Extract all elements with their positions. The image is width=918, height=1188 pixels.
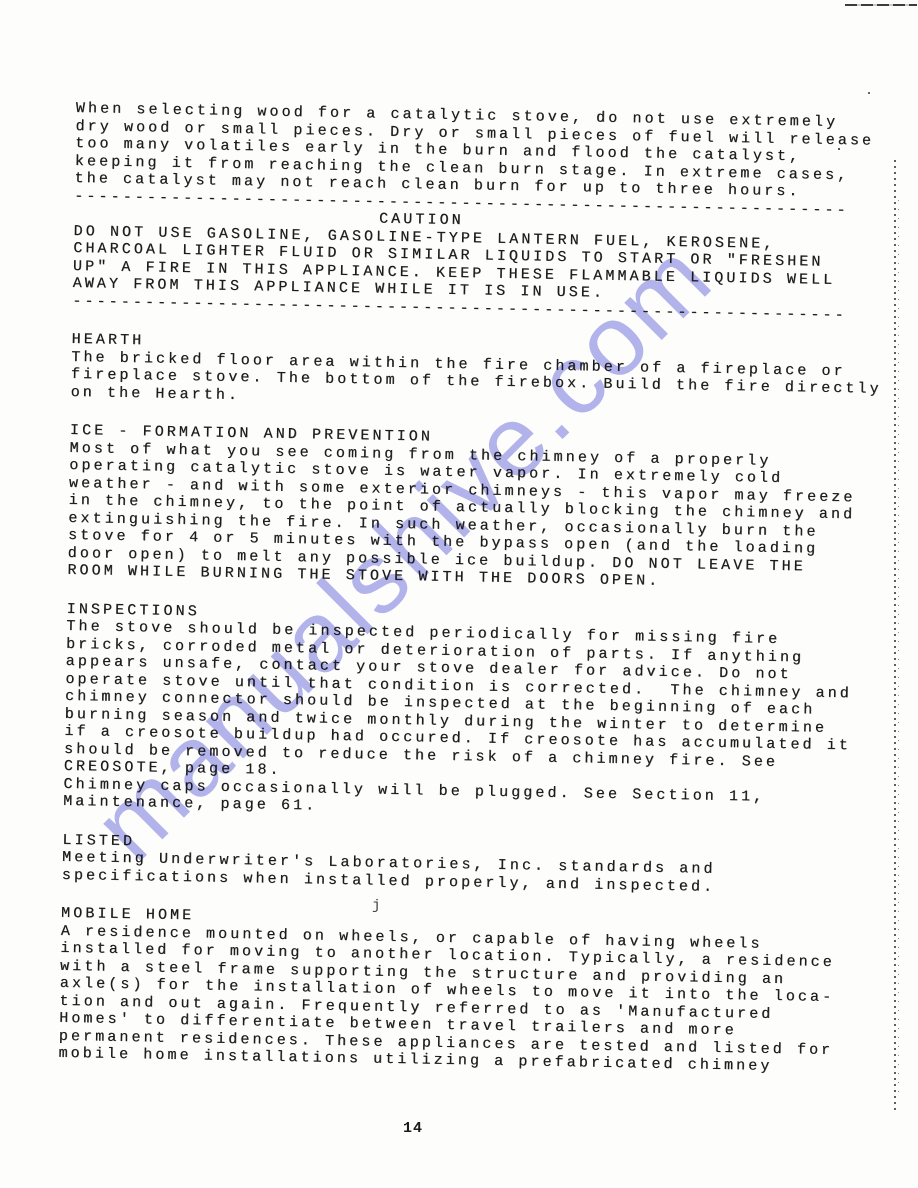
page-text-block: When selecting wood for a catalytic stov… xyxy=(58,100,918,1078)
section-listed: LISTED Meeting Underwriter's Laboratorie… xyxy=(62,831,908,899)
section-hearth: HEARTH The bricked floor area within the… xyxy=(70,331,916,416)
scan-speck xyxy=(838,148,840,150)
mobile-home-paragraph: A residence mounted on wheels, or capabl… xyxy=(58,922,905,1077)
intro-paragraph: When selecting wood for a catalytic stov… xyxy=(74,100,918,203)
scan-speck xyxy=(868,92,870,94)
scan-stray-mark: j xyxy=(372,898,380,914)
scan-edge-noise xyxy=(898,200,899,1100)
scan-edge-line-artifact xyxy=(845,4,917,6)
section-inspections: INSPECTIONS The stove should be inspecte… xyxy=(63,600,912,825)
section-ice: ICE - FORMATION AND PREVENTION Most of w… xyxy=(67,422,915,595)
scanned-manual-page: manualshive.com When selecting wood for … xyxy=(0,0,918,1188)
page-number: 14 xyxy=(403,1120,423,1137)
ice-paragraph: Most of what you see coming from the chi… xyxy=(67,439,914,594)
inspections-paragraph: The stove should be inspected periodical… xyxy=(63,618,911,826)
section-mobile-home: MOBILE HOME A residence mounted on wheel… xyxy=(58,905,906,1078)
scan-edge-noise xyxy=(894,160,896,1110)
